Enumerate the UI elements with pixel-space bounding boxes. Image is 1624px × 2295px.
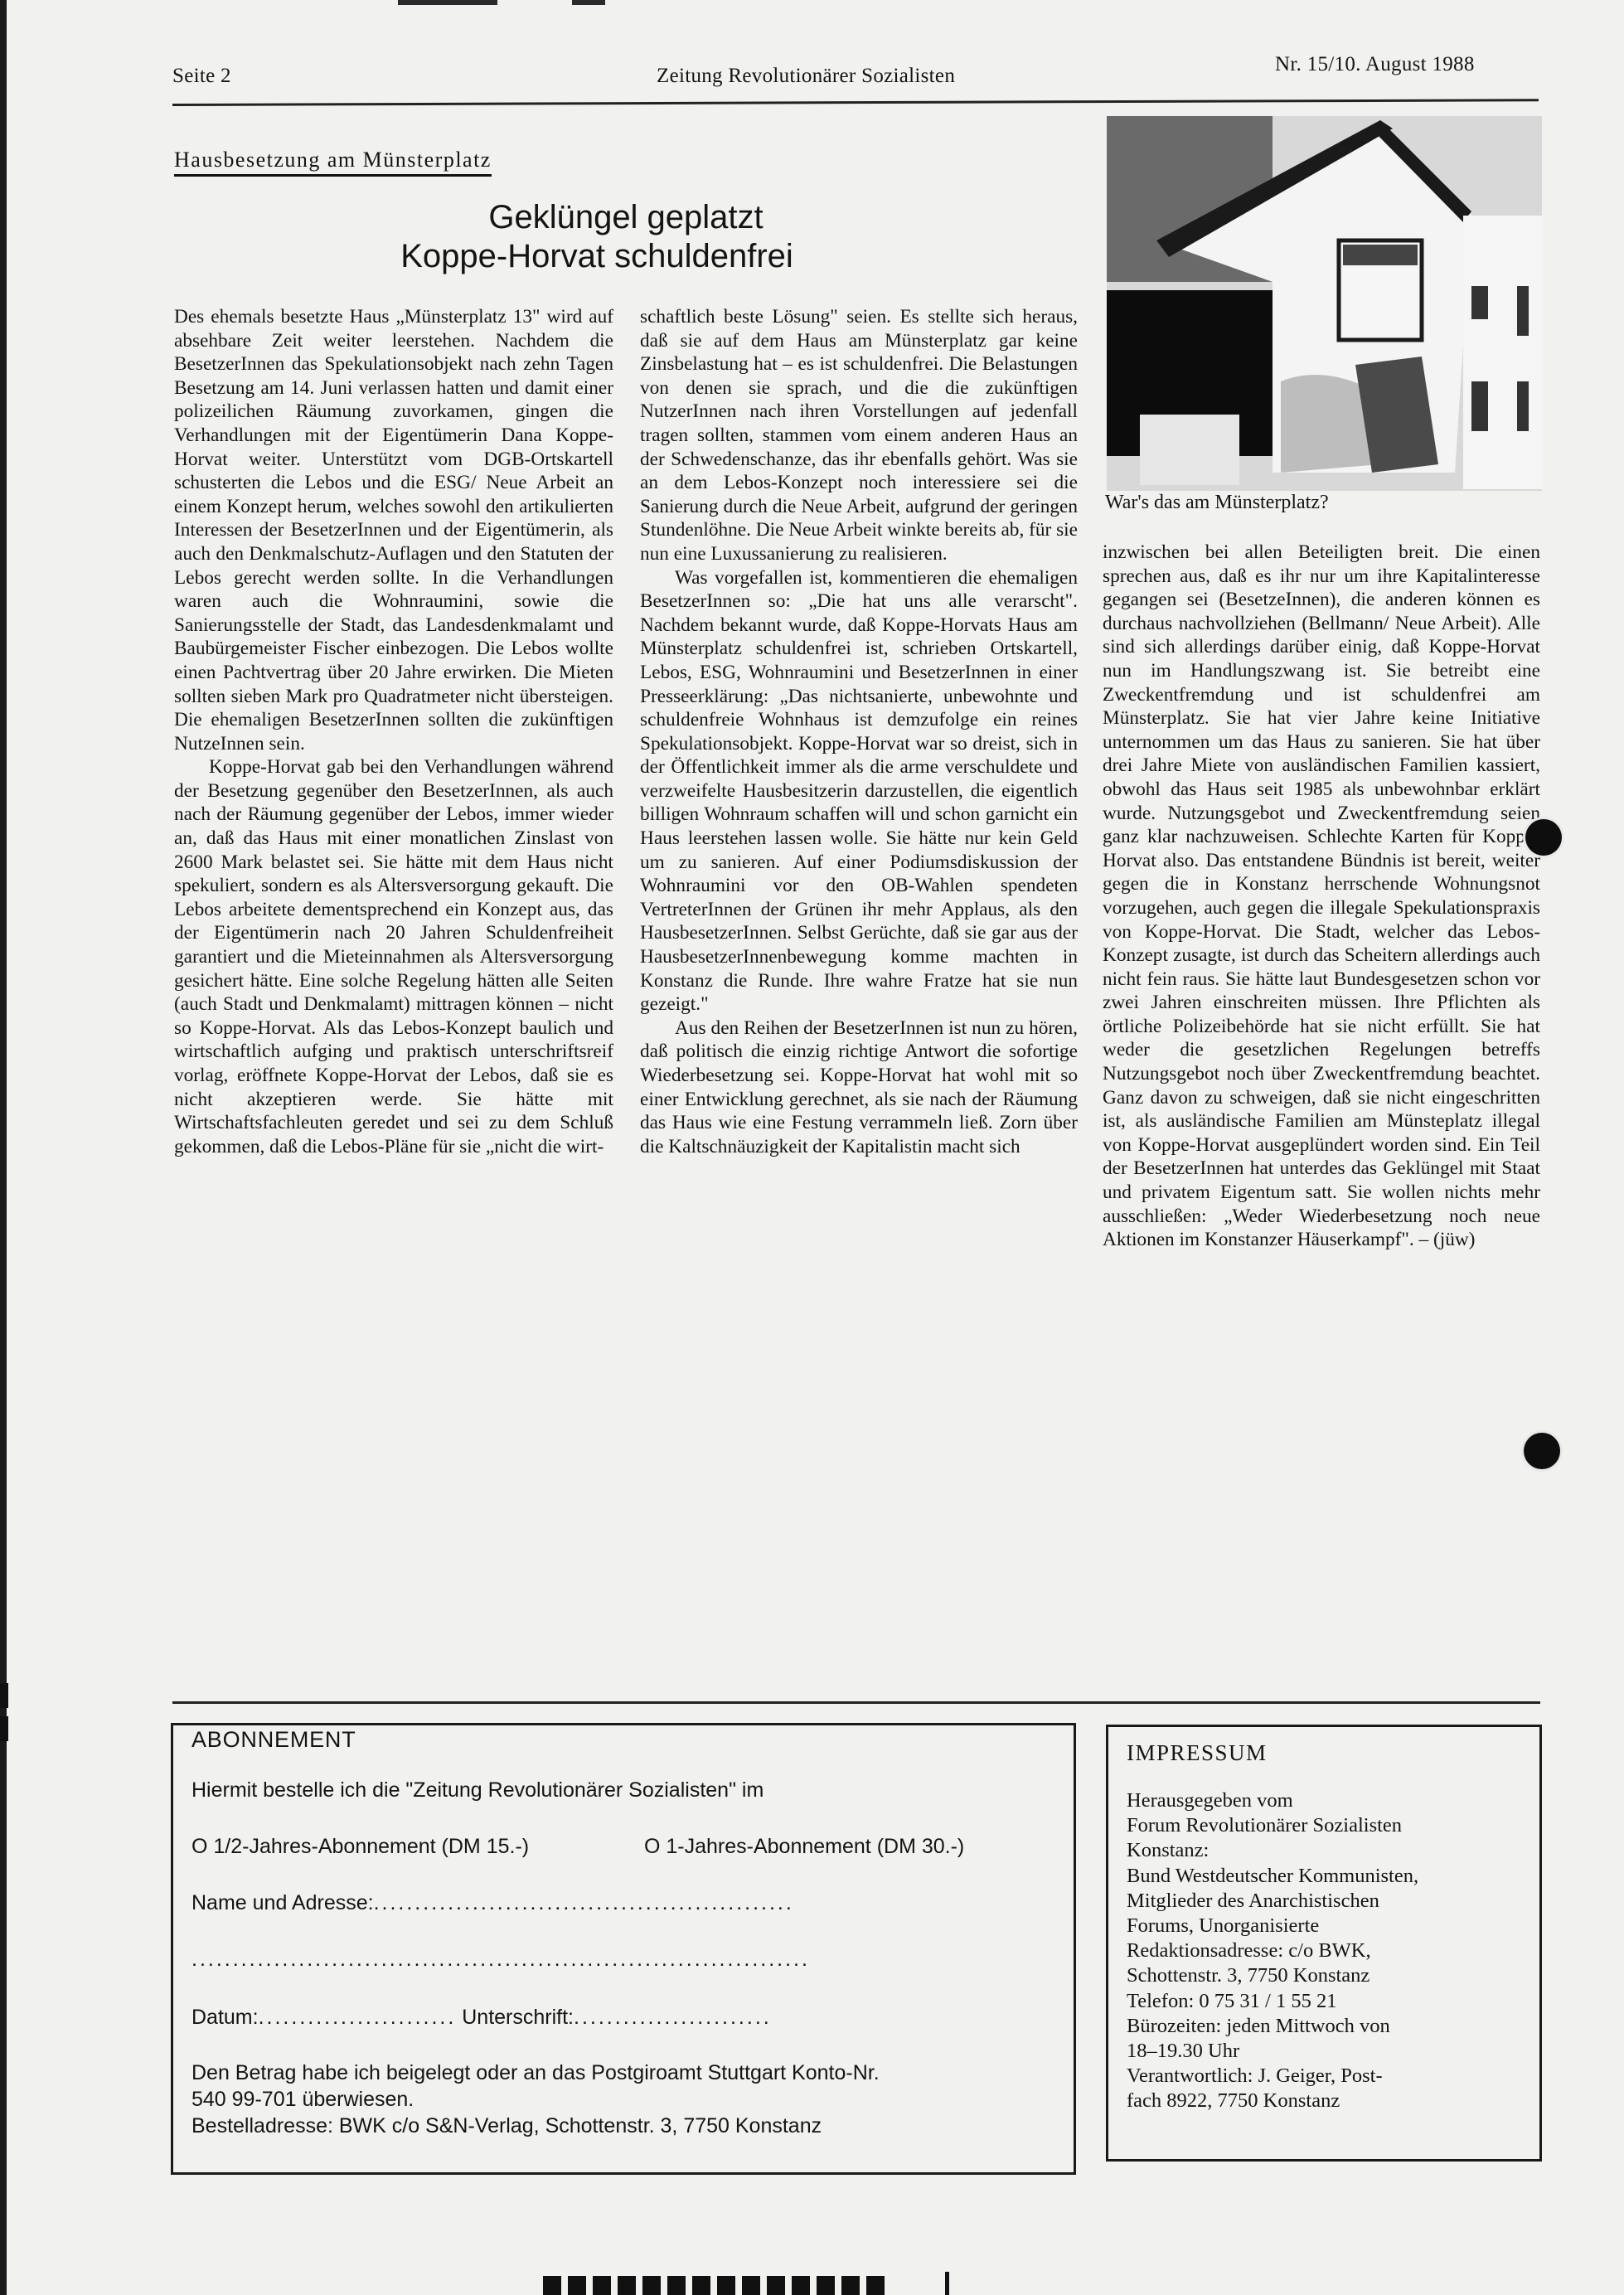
punch-hole [1525, 819, 1562, 856]
punch-hole [1524, 1433, 1560, 1469]
photo-house-icon [1107, 116, 1542, 491]
photo-caption: War's das am Münsterplatz? [1105, 492, 1329, 514]
paragraph: Des ehemals besetzte Haus „Münsterplatz … [174, 305, 613, 755]
name-address-dots: ........................................… [374, 1891, 794, 1914]
article-column-2: schaftlich beste Lösung" seien. Es stell… [640, 305, 1078, 1158]
impressum-line: Bund Westdeutscher Kommunisten, [1127, 1864, 1418, 1889]
date-label: Datum: [191, 2006, 259, 2029]
issue-date: Nr. 15/10. August 1988 [1275, 53, 1475, 76]
subscription-title: ABONNEMENT [191, 1727, 356, 1753]
impressum-line: Verantwortlich: J. Geiger, Post- [1127, 2064, 1418, 2089]
header-rule [172, 99, 1539, 106]
scan-bottom-artifact [543, 2276, 887, 2295]
impressum-line: Telefon: 0 75 31 / 1 55 21 [1127, 1989, 1418, 2014]
name-address-label: Name und Adresse: [191, 1891, 374, 1914]
impressum-line: Forum Revolutionärer Sozialisten [1127, 1813, 1418, 1838]
scan-top-artifact [398, 0, 497, 5]
impressum-body: Herausgegeben vom Forum Revolutionärer S… [1127, 1788, 1418, 2114]
impressum-line: Bürozeiten: jeden Mittwoch von [1127, 2014, 1418, 2039]
impressum-line: 18–19.30 Uhr [1127, 2039, 1418, 2064]
address-line-2-field[interactable]: ........................................… [191, 1948, 810, 1972]
date-field[interactable]: Datum:........................ [191, 2006, 456, 2029]
impressum-line: Redaktionsadresse: c/o BWK, [1127, 1938, 1418, 1963]
date-dots: ........................ [259, 2006, 457, 2029]
publication-title: Zeitung Revolutionärer Sozialisten [657, 65, 955, 88]
impressum-line: Schottenstr. 3, 7750 Konstanz [1127, 1963, 1418, 1988]
option-half-year[interactable]: O 1/2-Jahres-Abonnement (DM 15.-) [191, 1835, 529, 1859]
payment-line-2: 540 99-701 überwiesen. [191, 2088, 414, 2112]
scan-bottom-tick [945, 2272, 949, 2295]
headline-line-2: Koppe-Horvat schuldenfrei [145, 238, 1049, 275]
scan-top-artifact [572, 0, 605, 5]
paragraph: inzwischen bei allen Beteiligten breit. … [1103, 541, 1540, 1252]
scan-mark [0, 1716, 8, 1741]
paragraph: schaftlich beste Lösung" seien. Es stell… [640, 305, 1078, 566]
impressum-line: Konstanz: [1127, 1838, 1418, 1863]
impressum-line: Forums, Unorganisierte [1127, 1914, 1418, 1938]
subscription-intro: Hiermit bestelle ich die "Zeitung Revolu… [191, 1778, 764, 1803]
impressum-line: Mitglieder des Anarchistischen [1127, 1889, 1418, 1914]
date-signature-row: Datum:........................ Unterschr… [191, 2006, 772, 2030]
signature-field[interactable]: Unterschrift:........................ [462, 2006, 771, 2029]
section-rule [172, 1701, 1540, 1704]
impressum-line: Herausgegeben vom [1127, 1788, 1418, 1813]
signature-dots: ........................ [574, 2006, 772, 2029]
article-column-1: Des ehemals besetzte Haus „Münsterplatz … [174, 305, 613, 1158]
paragraph: Koppe-Horvat gab bei den Verhandlungen w… [174, 755, 613, 1158]
scan-mark [0, 1683, 8, 1708]
paragraph: Was vorgefallen ist, kommentieren die eh… [640, 566, 1078, 1016]
impressum-title: IMPRESSUM [1127, 1740, 1268, 1766]
signature-label: Unterschrift: [462, 2006, 574, 2029]
scan-left-edge [0, 0, 7, 2295]
paragraph: Aus den Reihen der BesetzerInnen ist nun… [640, 1016, 1078, 1159]
subscription-form: ABONNEMENT Hiermit bestelle ich die "Zei… [171, 1723, 1076, 2175]
order-address: Bestelladresse: BWK c/o S&N-Verlag, Scho… [191, 2114, 822, 2138]
page-number: Seite 2 [172, 65, 231, 88]
impressum-line: fach 8922, 7750 Konstanz [1127, 2089, 1418, 2113]
article-kicker: Hausbesetzung am Münsterplatz [174, 148, 492, 177]
article-column-3: inzwischen bei allen Beteiligten breit. … [1103, 541, 1540, 1252]
name-address-field[interactable]: Name und Adresse:.......................… [191, 1891, 794, 1915]
option-full-year[interactable]: O 1-Jahres-Abonnement (DM 30.-) [644, 1835, 964, 1859]
headline-line-1: Geklüngel geplatzt [174, 199, 1078, 236]
impressum-box: IMPRESSUM Herausgegeben vom Forum Revolu… [1106, 1725, 1542, 2162]
payment-line-1: Den Betrag habe ich beigelegt oder an da… [191, 2061, 880, 2085]
